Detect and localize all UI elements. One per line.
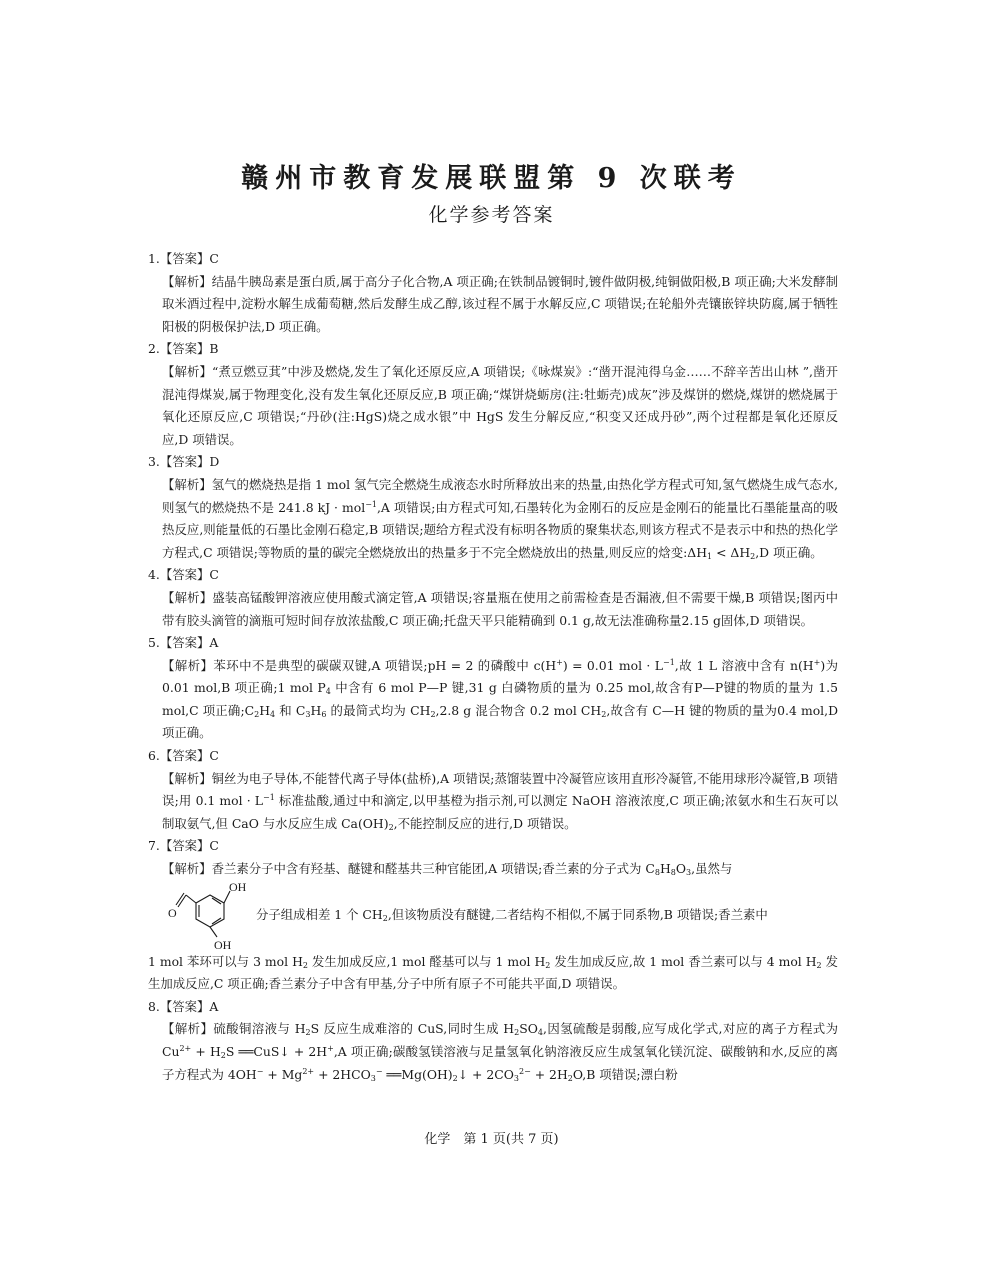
analysis-continued: 1 mol 苯环可以与 3 mol H2 发生加成反应,1 mol 醛基可以与 … (148, 951, 838, 996)
analysis: 【解析】苯环中不是典型的碳碳双键,A 项错误;pH = 2 的磷酸中 c(H+)… (148, 655, 838, 745)
analysis: 【解析】“煮豆燃豆萁”中涉及燃烧,发生了氧化还原反应,A 项错误;《咏煤炭》:“… (148, 361, 838, 451)
analysis: 【解析】盛装高锰酸钾溶液应使用酸式滴定管,A 项错误;容量瓶在使用之前需检查是否… (148, 587, 838, 632)
analysis: 【解析】硫酸铜溶液与 H2S 反应生成难溶的 CuS,同时生成 H2SO4,因氢… (148, 1018, 838, 1086)
svg-text:O: O (168, 906, 177, 920)
analysis: 【解析】铜丝为电子导体,不能替代离子导体(盐桥),A 项错误;蒸馏装置中冷凝管应… (148, 768, 838, 836)
answer-line: 2.【答案】B (148, 338, 838, 361)
question-3: 3.【答案】D 【解析】氢气的燃烧热是指 1 mol 氢气完全燃烧生成液态水时所… (148, 451, 838, 564)
question-4: 4.【答案】C 【解析】盛装高锰酸钾溶液应使用酸式滴定管,A 项错误;容量瓶在使… (148, 564, 838, 632)
answer-value: C (209, 567, 218, 582)
structure-caption: 分子组成相差 1 个 CH2,但该物质没有醚键,二者结构不相似,不属于同系物,B… (256, 904, 768, 927)
dihydroxybenzaldehyde-structure: OH OH O (162, 881, 252, 951)
answer-line: 4.【答案】C (148, 564, 838, 587)
analysis: 【解析】氢气的燃烧热是指 1 mol 氢气完全燃烧生成液态水时所释放出来的热量,… (148, 474, 838, 564)
question-5: 5.【答案】A 【解析】苯环中不是典型的碳碳双键,A 项错误;pH = 2 的磷… (148, 632, 838, 745)
answer-value: C (209, 838, 218, 853)
question-2: 2.【答案】B 【解析】“煮豆燃豆萁”中涉及燃烧,发生了氧化还原反应,A 项错误… (148, 338, 838, 451)
answer-value: A (209, 999, 218, 1014)
analysis: 【解析】香兰素分子中含有羟基、醚键和醛基共三种官能团,A 项错误;香兰素的分子式… (148, 858, 838, 881)
document-title: 赣州市教育发展联盟第 9 次联考 (0, 156, 983, 195)
question-6: 6.【答案】C 【解析】铜丝为电子导体,不能替代离子导体(盐桥),A 项错误;蒸… (148, 745, 838, 835)
answer-line: 8.【答案】A (148, 996, 838, 1019)
answer-line: 1.【答案】C (148, 248, 838, 271)
svg-text:OH: OH (229, 881, 247, 894)
analysis: 【解析】结晶牛胰岛素是蛋白质,属于高分子化合物,A 项正确;在铁制品镀铜时,镀件… (148, 271, 838, 339)
question-1: 1.【答案】C 【解析】结晶牛胰岛素是蛋白质,属于高分子化合物,A 项正确;在铁… (148, 248, 838, 338)
answer-line: 3.【答案】D (148, 451, 838, 474)
svg-text:OH: OH (214, 938, 232, 951)
structure-row: OH OH O 分子组成相差 1 个 CH2,但该物质没有醚键,二者结构不相似,… (162, 881, 838, 951)
answer-line: 7.【答案】C (148, 835, 838, 858)
benzene-ring-icon: OH OH O (162, 881, 252, 951)
answer-value: B (209, 341, 218, 356)
document-subtitle: 化学参考答案 (0, 200, 983, 227)
answer-value: A (209, 635, 218, 650)
answer-line: 6.【答案】C (148, 745, 838, 768)
answer-list: 1.【答案】C 【解析】结晶牛胰岛素是蛋白质,属于高分子化合物,A 项正确;在铁… (148, 248, 838, 1086)
question-8: 8.【答案】A 【解析】硫酸铜溶液与 H2S 反应生成难溶的 CuS,同时生成 … (148, 996, 838, 1086)
question-7: 7.【答案】C 【解析】香兰素分子中含有羟基、醚键和醛基共三种官能团,A 项错误… (148, 835, 838, 995)
answer-value: C (209, 251, 218, 266)
answer-line: 5.【答案】A (148, 632, 838, 655)
answer-value: D (209, 454, 219, 469)
page-footer: 化学 第 1 页(共 7 页) (0, 1128, 983, 1147)
answer-value: C (209, 748, 218, 763)
